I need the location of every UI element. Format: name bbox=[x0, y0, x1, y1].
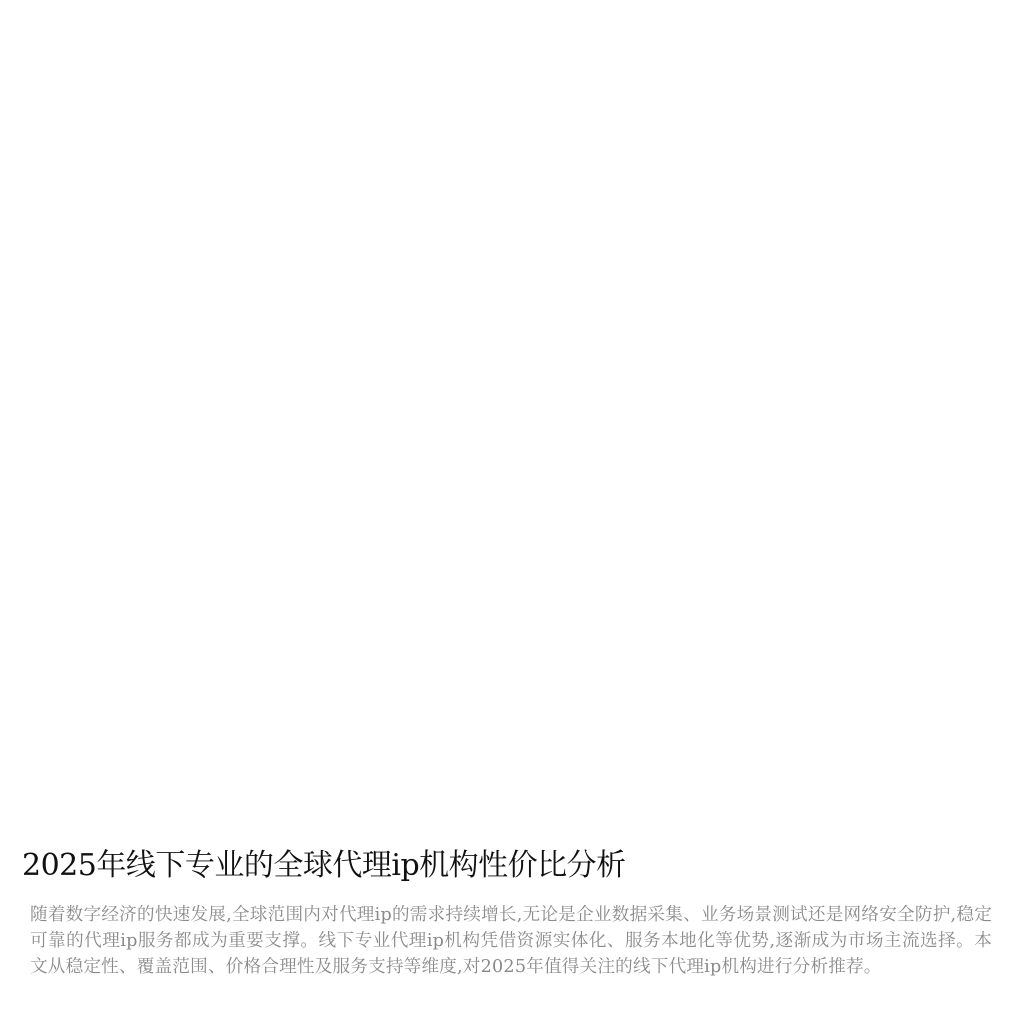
article-card: 2025年线下专业的全球代理ip机构性价比分析 随着数字经济的快速发展,全球范围… bbox=[0, 0, 1024, 1024]
article-title[interactable]: 2025年线下专业的全球代理ip机构性价比分析 bbox=[22, 846, 626, 886]
hero-image-area bbox=[0, 0, 1024, 830]
article-summary: 随着数字经济的快速发展,全球范围内对代理ip的需求持续增长,无论是企业数据采集、… bbox=[30, 902, 992, 980]
